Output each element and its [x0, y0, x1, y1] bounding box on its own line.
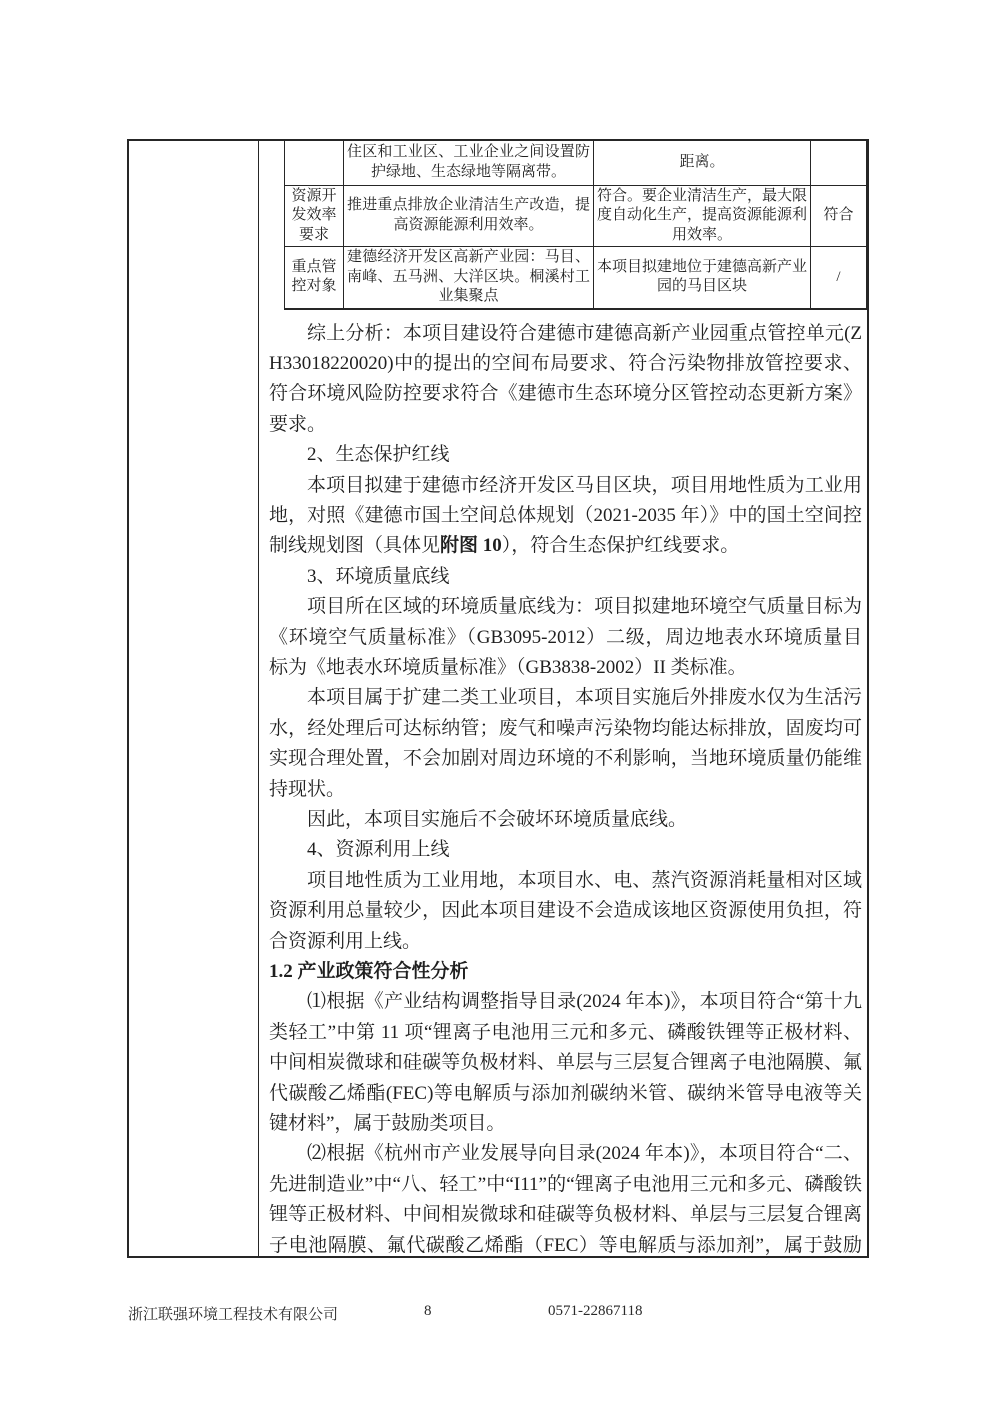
control-requirements-table: 住区和工业区、工业企业之间设置防护绿地、生态绿地等隔离带。 距离。 资源开发效率…	[284, 141, 867, 310]
table-row: 住区和工业区、工业企业之间设置防护绿地、生态绿地等隔离带。 距离。	[285, 141, 867, 185]
cell-requirement: 建德经济开发区高新产业园：马目、南峰、五马洲、大洋区块。桐溪村工业集聚点	[344, 247, 594, 309]
paragraph-policy-2: ⑵根据《杭州市产业发展导向目录(2024 年本)》，本项目符合“二、先进制造业”…	[269, 1139, 862, 1256]
subheading-resource-use: 4、资源利用上线	[269, 835, 862, 865]
cell-project-analysis: 本项目拟建地位于建德高新产业园的马目区块	[594, 247, 811, 309]
paragraph-summary: 综上分析：本项目建设符合建德市建德高新产业园重点管控单元(ZH330182200…	[269, 319, 862, 441]
cell-conclusion: /	[811, 247, 867, 309]
subheading-ecological-redline: 2、生态保护红线	[269, 440, 862, 470]
table-row: 重点管控对象 建德经济开发区高新产业园：马目、南峰、五马洲、大洋区块。桐溪村工业…	[285, 247, 867, 309]
paragraph-env-quality-1: 项目所在区域的环境质量底线为：项目拟建地环境空气质量目标为《环境空气质量标准》（…	[269, 592, 862, 683]
cell-project-analysis: 距离。	[594, 141, 811, 185]
cell-conclusion	[811, 141, 867, 185]
compliance-table-frame: 住区和工业区、工业企业之间设置防护绿地、生态绿地等隔离带。 距离。 资源开发效率…	[127, 139, 869, 1258]
footer-phone: 0571-22867118	[548, 1303, 642, 1320]
footer-company: 浙江联强环境工程技术有限公司	[128, 1303, 338, 1324]
cell-category: 资源开发效率要求	[285, 185, 344, 247]
paragraph-policy-1: ⑴根据《产业结构调整指导目录(2024 年本)》，本项目符合“第十九类轻工”中第…	[269, 987, 862, 1139]
section-heading-industrial-policy: 1.2 产业政策符合性分析	[269, 957, 862, 987]
paragraph-ecological-redline: 本项目拟建于建德市经济开发区马目区块，项目用地性质为工业用地，对照《建德市国土空…	[269, 471, 862, 562]
text-body: 综上分析：本项目建设符合建德市建德高新产业园重点管控单元(ZH330182200…	[269, 319, 862, 1257]
cell-category: 重点管控对象	[285, 247, 344, 309]
table-content-cell: 住区和工业区、工业企业之间设置防护绿地、生态绿地等隔离带。 距离。 资源开发效率…	[259, 141, 867, 1256]
paragraph-env-quality-3: 因此，本项目实施后不会破坏环境质量底线。	[269, 805, 862, 835]
subheading-env-quality: 3、环境质量底线	[269, 562, 862, 592]
table-row: 资源开发效率要求 推进重点排放企业清洁生产改造，提高资源能源利用效率。 符合。要…	[285, 185, 867, 247]
table-left-empty-column	[129, 141, 259, 1256]
cell-conclusion: 符合	[811, 185, 867, 247]
cell-requirement: 推进重点排放企业清洁生产改造，提高资源能源利用效率。	[344, 185, 594, 247]
paragraph-env-quality-2: 本项目属于扩建二类工业项目，本项目实施后外排废水仅为生活污水，经处理后可达标纳管…	[269, 683, 862, 805]
paragraph-resource-use: 项目地性质为工业用地，本项目水、电、蒸汽资源消耗量相对区域资源利用总量较少，因此…	[269, 866, 862, 957]
cell-project-analysis: 符合。要企业清洁生产，最大限度自动化生产，提高资源能源利用效率。	[594, 185, 811, 247]
document-page: 住区和工业区、工业企业之间设置防护绿地、生态绿地等隔离带。 距离。 资源开发效率…	[0, 0, 1000, 1414]
footer-page-number: 8	[424, 1303, 432, 1320]
page-footer: 浙江联强环境工程技术有限公司 8 0571-22867118	[0, 1303, 1000, 1327]
cell-requirement: 住区和工业区、工业企业之间设置防护绿地、生态绿地等隔离带。	[344, 141, 594, 185]
cell-category	[285, 141, 344, 185]
